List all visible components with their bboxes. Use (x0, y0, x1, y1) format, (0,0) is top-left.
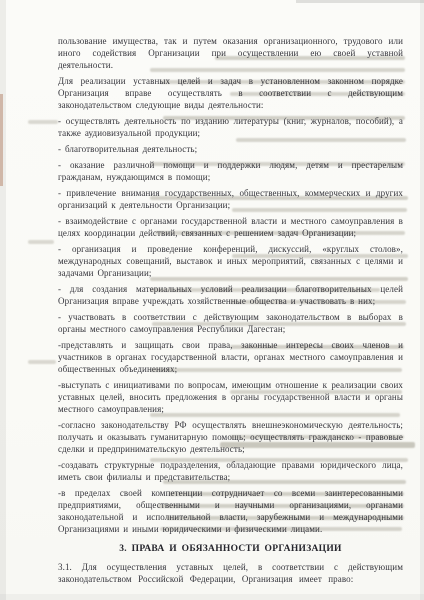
document-paragraph: пользование имущества, так и путем оказа… (58, 35, 403, 71)
left-edge-shadow (0, 0, 6, 600)
section-heading: 3. ПРАВА И ОБЯЗАННОСТИ ОРГАНИЗАЦИИ (58, 543, 403, 555)
document-paragraph: -согласно законодательству РФ осуществля… (58, 419, 403, 455)
top-right-edge (296, 0, 424, 3)
document-paragraph: - организация и проведение конференций, … (58, 243, 403, 279)
document-paragraph: - привлечение внимания государственных, … (58, 187, 403, 211)
document-paragraph: 3.1. Для осуществления уставных целей, в… (58, 561, 403, 585)
document-paragraph: - благотворительная деятельность; (58, 143, 403, 155)
scanned-document-page: пользование имущества, так и путем оказа… (0, 0, 424, 600)
document-paragraph: Для реализации уставных целей и задач в … (58, 75, 403, 111)
document-paragraph: - осуществлять деятельность по изданию л… (58, 115, 403, 139)
document-paragraph: - участвовать в соответствии с действующ… (58, 311, 403, 335)
document-paragraph: - взаимодействие с органами государствен… (58, 215, 403, 239)
document-paragraph: -представлять и защищать свои права, зак… (58, 339, 403, 375)
document-paragraph: -создавать структурные подразделения, об… (58, 459, 403, 483)
document-paragraph: - для создания материальных условий реал… (58, 283, 403, 307)
document-paragraph: -в пределах своей компетенции сотруднича… (58, 487, 403, 535)
document-paragraph: - оказание различной помощи и поддержки … (58, 159, 403, 183)
document-text-column: пользование имущества, так и путем оказа… (58, 35, 403, 589)
document-paragraph: -выступать с инициативами по вопросам, и… (58, 379, 403, 415)
bottom-edge-texture (0, 594, 424, 600)
right-edge-shadow (420, 0, 424, 600)
